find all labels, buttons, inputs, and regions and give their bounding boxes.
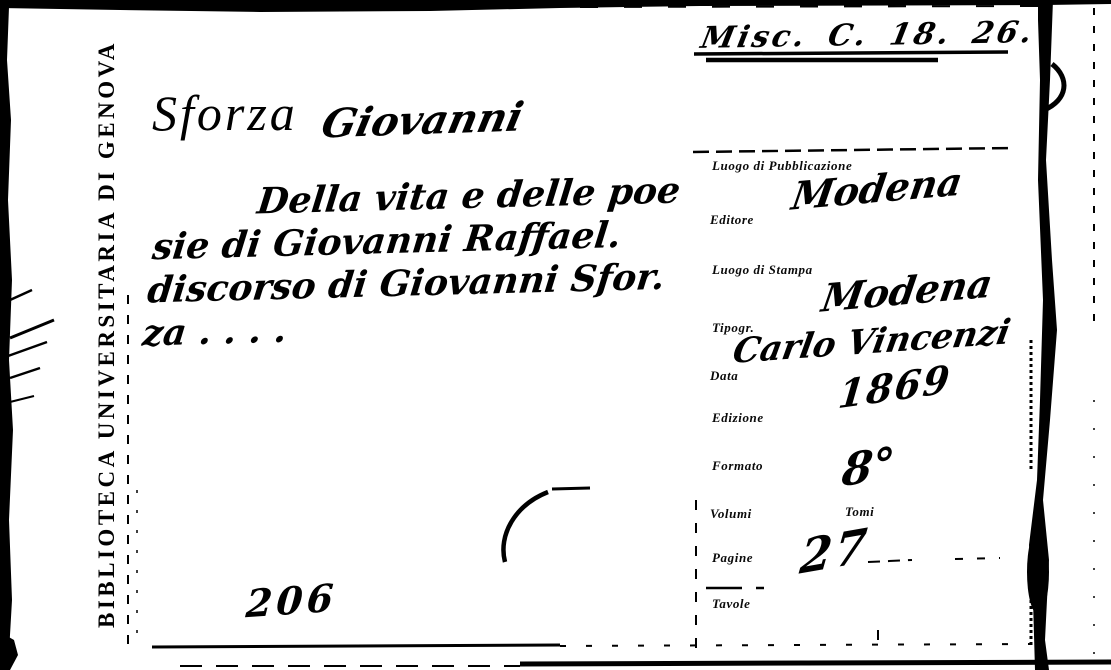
shelfmark-handwritten: Misc. C. 18. 26. <box>698 15 1038 56</box>
field-label-formato: Formato <box>712 458 763 474</box>
catalog-card-scan: { "colors": { "ink": "#000000", "paper":… <box>0 0 1111 670</box>
field-label-edizione: Edizione <box>712 410 764 426</box>
field-label-editore: Editore <box>710 212 754 228</box>
library-name-vertical: BIBLIOTECA UNIVERSITARIA DI GENOVA <box>94 28 120 628</box>
title-handwritten: Della vita e delle poe sie di Giovanni R… <box>140 168 719 355</box>
author-heading: Sforza Giovanni <box>152 84 522 142</box>
field-label-volumi: Volumi <box>710 506 752 522</box>
field-value-formato: 8° <box>840 438 898 498</box>
accession-number: 206 <box>245 575 339 627</box>
field-label-pagine: Pagine <box>712 550 753 566</box>
field-label-luogo-stampa: Luogo di Stampa <box>712 262 813 278</box>
author-surname: Sforza <box>152 85 298 141</box>
author-first-name: Giovanni <box>317 94 527 148</box>
field-label-tavole: Tavole <box>712 596 751 612</box>
